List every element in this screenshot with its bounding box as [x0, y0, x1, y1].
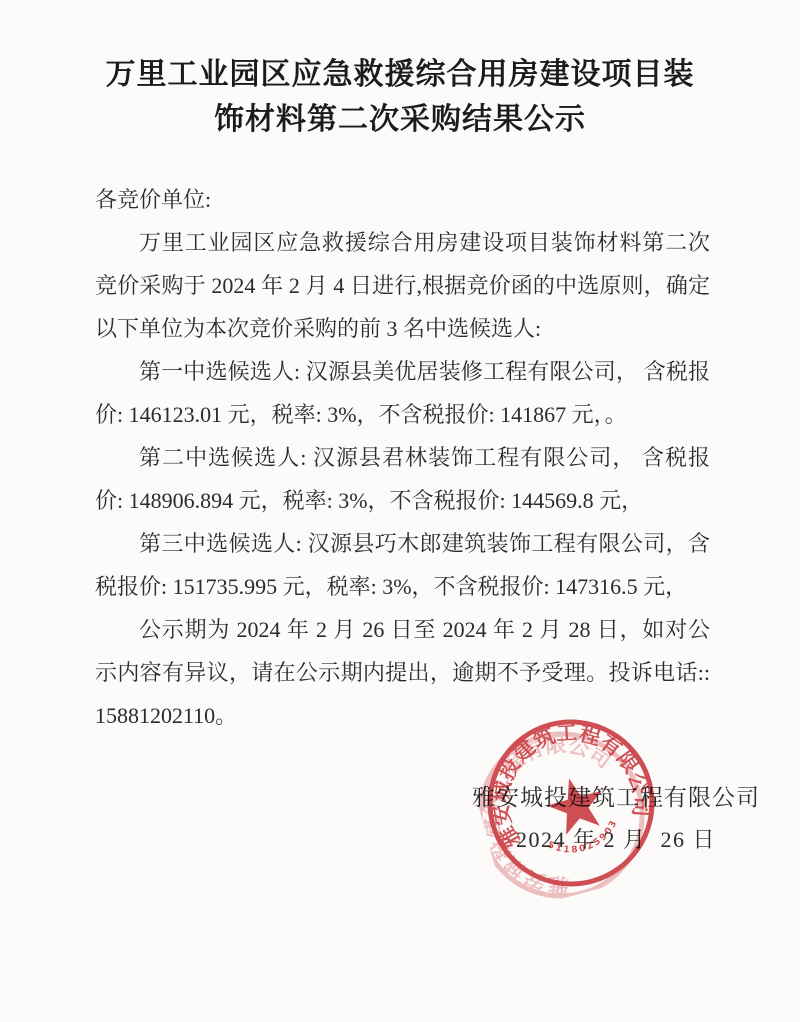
paragraph-candidate-3: 第三中选候选人: 汉源县巧木郎建筑装饰工程有限公司，含税报价: 151735.9…	[95, 522, 710, 608]
title-line-1: 万里工业园区应急救援综合用房建设项目装	[0, 52, 800, 97]
paragraph-publicity-period: 公示期为 2024 年 2 月 26 日至 2024 年 2 月 28 日，如对…	[95, 608, 710, 737]
signature-date: 2024 年 2 月 26 日	[472, 819, 760, 861]
title-line-2: 饰材料第二次采购结果公示	[0, 97, 800, 142]
paragraph-intro: 万里工业园区应急救援综合用房建设项目装饰材料第二次竞价采购于 2024 年 2 …	[95, 221, 710, 350]
salutation: 各竞价单位:	[95, 178, 710, 221]
document-title: 万里工业园区应急救援综合用房建设项目装 饰材料第二次采购结果公示	[0, 0, 800, 142]
paragraph-candidate-1: 第一中选候选人: 汉源县美优居装修工程有限公司， 含税报价: 146123.01…	[95, 350, 710, 436]
document-page: 万里工业园区应急救援综合用房建设项目装 饰材料第二次采购结果公示 各竞价单位: …	[0, 0, 800, 1022]
paragraph-candidate-2: 第二中选候选人: 汉源县君林装饰工程有限公司， 含税报价: 148906.894…	[95, 436, 710, 522]
signature-block: 雅安城投建筑工程有限公司 2024 年 2 月 26 日	[472, 777, 760, 861]
document-body: 各竞价单位: 万里工业园区应急救援综合用房建设项目装饰材料第二次竞价采购于 20…	[95, 178, 710, 737]
signature-company: 雅安城投建筑工程有限公司	[472, 777, 760, 819]
